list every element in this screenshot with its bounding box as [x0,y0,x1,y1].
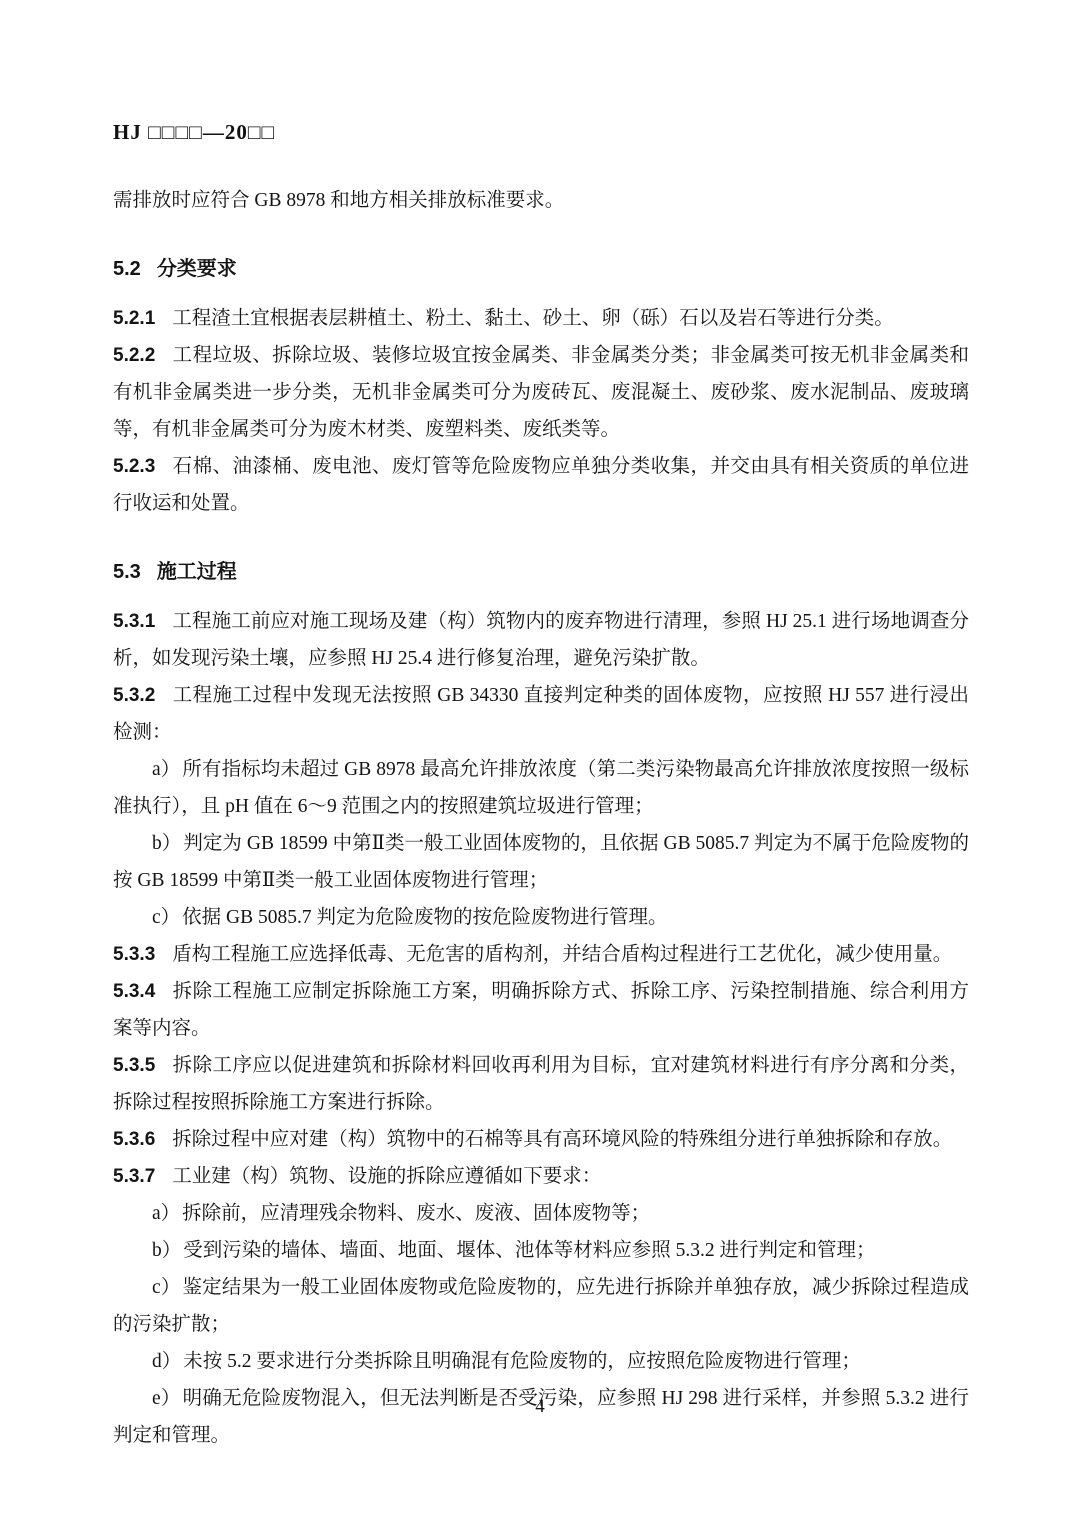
paragraph-text: 石棉、油漆桶、废电池、废灯管等危险废物应单独分类收集，并交由具有相关资质的单位进… [113,456,969,514]
clause-paragraph: 5.3.1工程施工前应对施工现场及建（构）筑物内的废弃物进行清理，参照 HJ 2… [113,603,969,677]
list-item: d）未按 5.2 要求进行分类拆除且明确混有危险废物的，应按照危险废物进行管理； [113,1343,969,1380]
page-number: 4 [0,1396,1080,1418]
section-heading: 5.2分类要求 [113,251,969,288]
clause-paragraph: 5.3.5拆除工序应以促进建筑和拆除材料回收再利用为目标，宜对建筑材料进行有序分… [113,1047,969,1121]
clause-paragraph: 5.3.7工业建（构）筑物、设施的拆除应遵循如下要求： [113,1158,969,1195]
item-label: d） [152,1351,181,1372]
paragraph-text: 受到污染的墙体、墙面、地面、堰体、池体等材料应参照 5.3.2 进行判定和管理； [183,1240,875,1261]
clause-paragraph: 5.2.2工程垃圾、拆除垃圾、装修垃圾宜按金属类、非金属类分类；非金属类可按无机… [113,337,969,448]
paragraph-text: 盾构工程施工应选择低毒、无危害的盾构剂，并结合盾构过程进行工艺优化，减少使用量。 [172,944,952,965]
document-page: HJ □□□□—20□□ 需排放时应符合 GB 8978 和地方相关排放标准要求… [0,0,1080,1527]
list-item: c）依据 GB 5085.7 判定为危险废物的按危险废物进行管理。 [113,899,969,936]
item-label: a） [152,1203,180,1224]
paragraph-text: 工程施工过程中发现无法按照 GB 34330 直接判定种类的固体废物，应按照 H… [113,685,969,743]
clause-number: 5.3.7 [113,1166,155,1187]
list-item: a）所有指标均未超过 GB 8978 最高允许排放浓度（第二类污染物最高允许排放… [113,751,969,825]
list-item: a）拆除前，应清理残余物料、废水、废液、固体废物等； [113,1195,969,1232]
paragraph-text: 依据 GB 5085.7 判定为危险废物的按危险废物进行管理。 [182,907,667,928]
clause-paragraph: 5.3.2工程施工过程中发现无法按照 GB 34330 直接判定种类的固体废物，… [113,677,969,751]
paragraph-text: 需排放时应符合 GB 8978 和地方相关排放标准要求。 [113,190,564,211]
paragraph-text: 工业建（构）筑物、设施的拆除应遵循如下要求： [172,1166,601,1187]
clause-number: 5.3.4 [113,981,155,1002]
paragraph-text: 鉴定结果为一般工业固体废物或危险废物的，应先进行拆除并单独存放，减少拆除过程造成… [113,1277,969,1335]
clause-paragraph: 5.3.4拆除工程施工应制定拆除施工方案，明确拆除方式、拆除工序、污染控制措施、… [113,973,969,1047]
list-item: b）受到污染的墙体、墙面、地面、堰体、池体等材料应参照 5.3.2 进行判定和管… [113,1232,969,1269]
clause-paragraph: 5.3.3盾构工程施工应选择低毒、无危害的盾构剂，并结合盾构过程进行工艺优化，减… [113,936,969,973]
list-item: c）鉴定结果为一般工业固体废物或危险废物的，应先进行拆除并单独存放，减少拆除过程… [113,1269,969,1343]
paragraph-text: 判定为 GB 18599 中第Ⅱ类一般工业固体废物的，且依据 GB 5085.7… [113,833,969,891]
paragraph-text: 拆除过程中应对建（构）筑物中的石棉等具有高环境风险的特殊组分进行单独拆除和存放。 [172,1129,952,1150]
clause-number: 5.3.2 [113,685,155,706]
clause-number: 5.2.1 [113,308,155,329]
item-label: b） [152,833,181,854]
document-body: 需排放时应符合 GB 8978 和地方相关排放标准要求。5.2分类要求5.2.1… [113,182,969,1454]
standard-number-header: HJ □□□□—20□□ [113,120,275,145]
paragraph: 需排放时应符合 GB 8978 和地方相关排放标准要求。 [113,182,969,219]
paragraph-text: 拆除工程施工应制定拆除施工方案，明确拆除方式、拆除工序、污染控制措施、综合利用方… [113,981,969,1039]
clause-number: 5.3.3 [113,944,155,965]
item-label: c） [152,1277,181,1298]
clause-paragraph: 5.2.3石棉、油漆桶、废电池、废灯管等危险废物应单独分类收集，并交由具有相关资… [113,448,969,522]
paragraph-text: 工程施工前应对施工现场及建（构）筑物内的废弃物进行清理，参照 HJ 25.1 进… [113,611,969,669]
heading-title: 分类要求 [157,258,237,280]
clause-number: 5.2.3 [113,456,155,477]
clause-number: 5.3.1 [113,611,155,632]
clause-number: 5.2 [113,258,141,280]
paragraph-text: 工程垃圾、拆除垃圾、装修垃圾宜按金属类、非金属类分类；非金属类可按无机非金属类和… [113,345,969,440]
paragraph-text: 未按 5.2 要求进行分类拆除且明确混有危险废物的，应按照危险废物进行管理； [183,1351,861,1372]
list-item: b）判定为 GB 18599 中第Ⅱ类一般工业固体废物的，且依据 GB 5085… [113,825,969,899]
paragraph-text: 拆除工序应以促进建筑和拆除材料回收再利用为目标，宜对建筑材料进行有序分离和分类，… [113,1055,969,1113]
item-label: a） [152,759,180,780]
clause-number: 5.3.6 [113,1129,155,1150]
clause-number: 5.3 [113,561,141,583]
clause-paragraph: 5.3.6拆除过程中应对建（构）筑物中的石棉等具有高环境风险的特殊组分进行单独拆… [113,1121,969,1158]
paragraph-text: 所有指标均未超过 GB 8978 最高允许排放浓度（第二类污染物最高允许排放浓度… [113,759,969,817]
clause-number: 5.2.2 [113,345,155,366]
heading-title: 施工过程 [157,561,237,583]
paragraph-text: 工程渣土宜根据表层耕植土、粉土、黏土、砂土、卵（砾）石以及岩石等进行分类。 [172,308,894,329]
section-heading: 5.3施工过程 [113,554,969,591]
paragraph-text: 拆除前，应清理残余物料、废水、废液、固体废物等； [182,1203,650,1224]
item-label: c） [152,907,180,928]
item-label: b） [152,1240,181,1261]
clause-number: 5.3.5 [113,1055,155,1076]
clause-paragraph: 5.2.1工程渣土宜根据表层耕植土、粉土、黏土、砂土、卵（砾）石以及岩石等进行分… [113,300,969,337]
